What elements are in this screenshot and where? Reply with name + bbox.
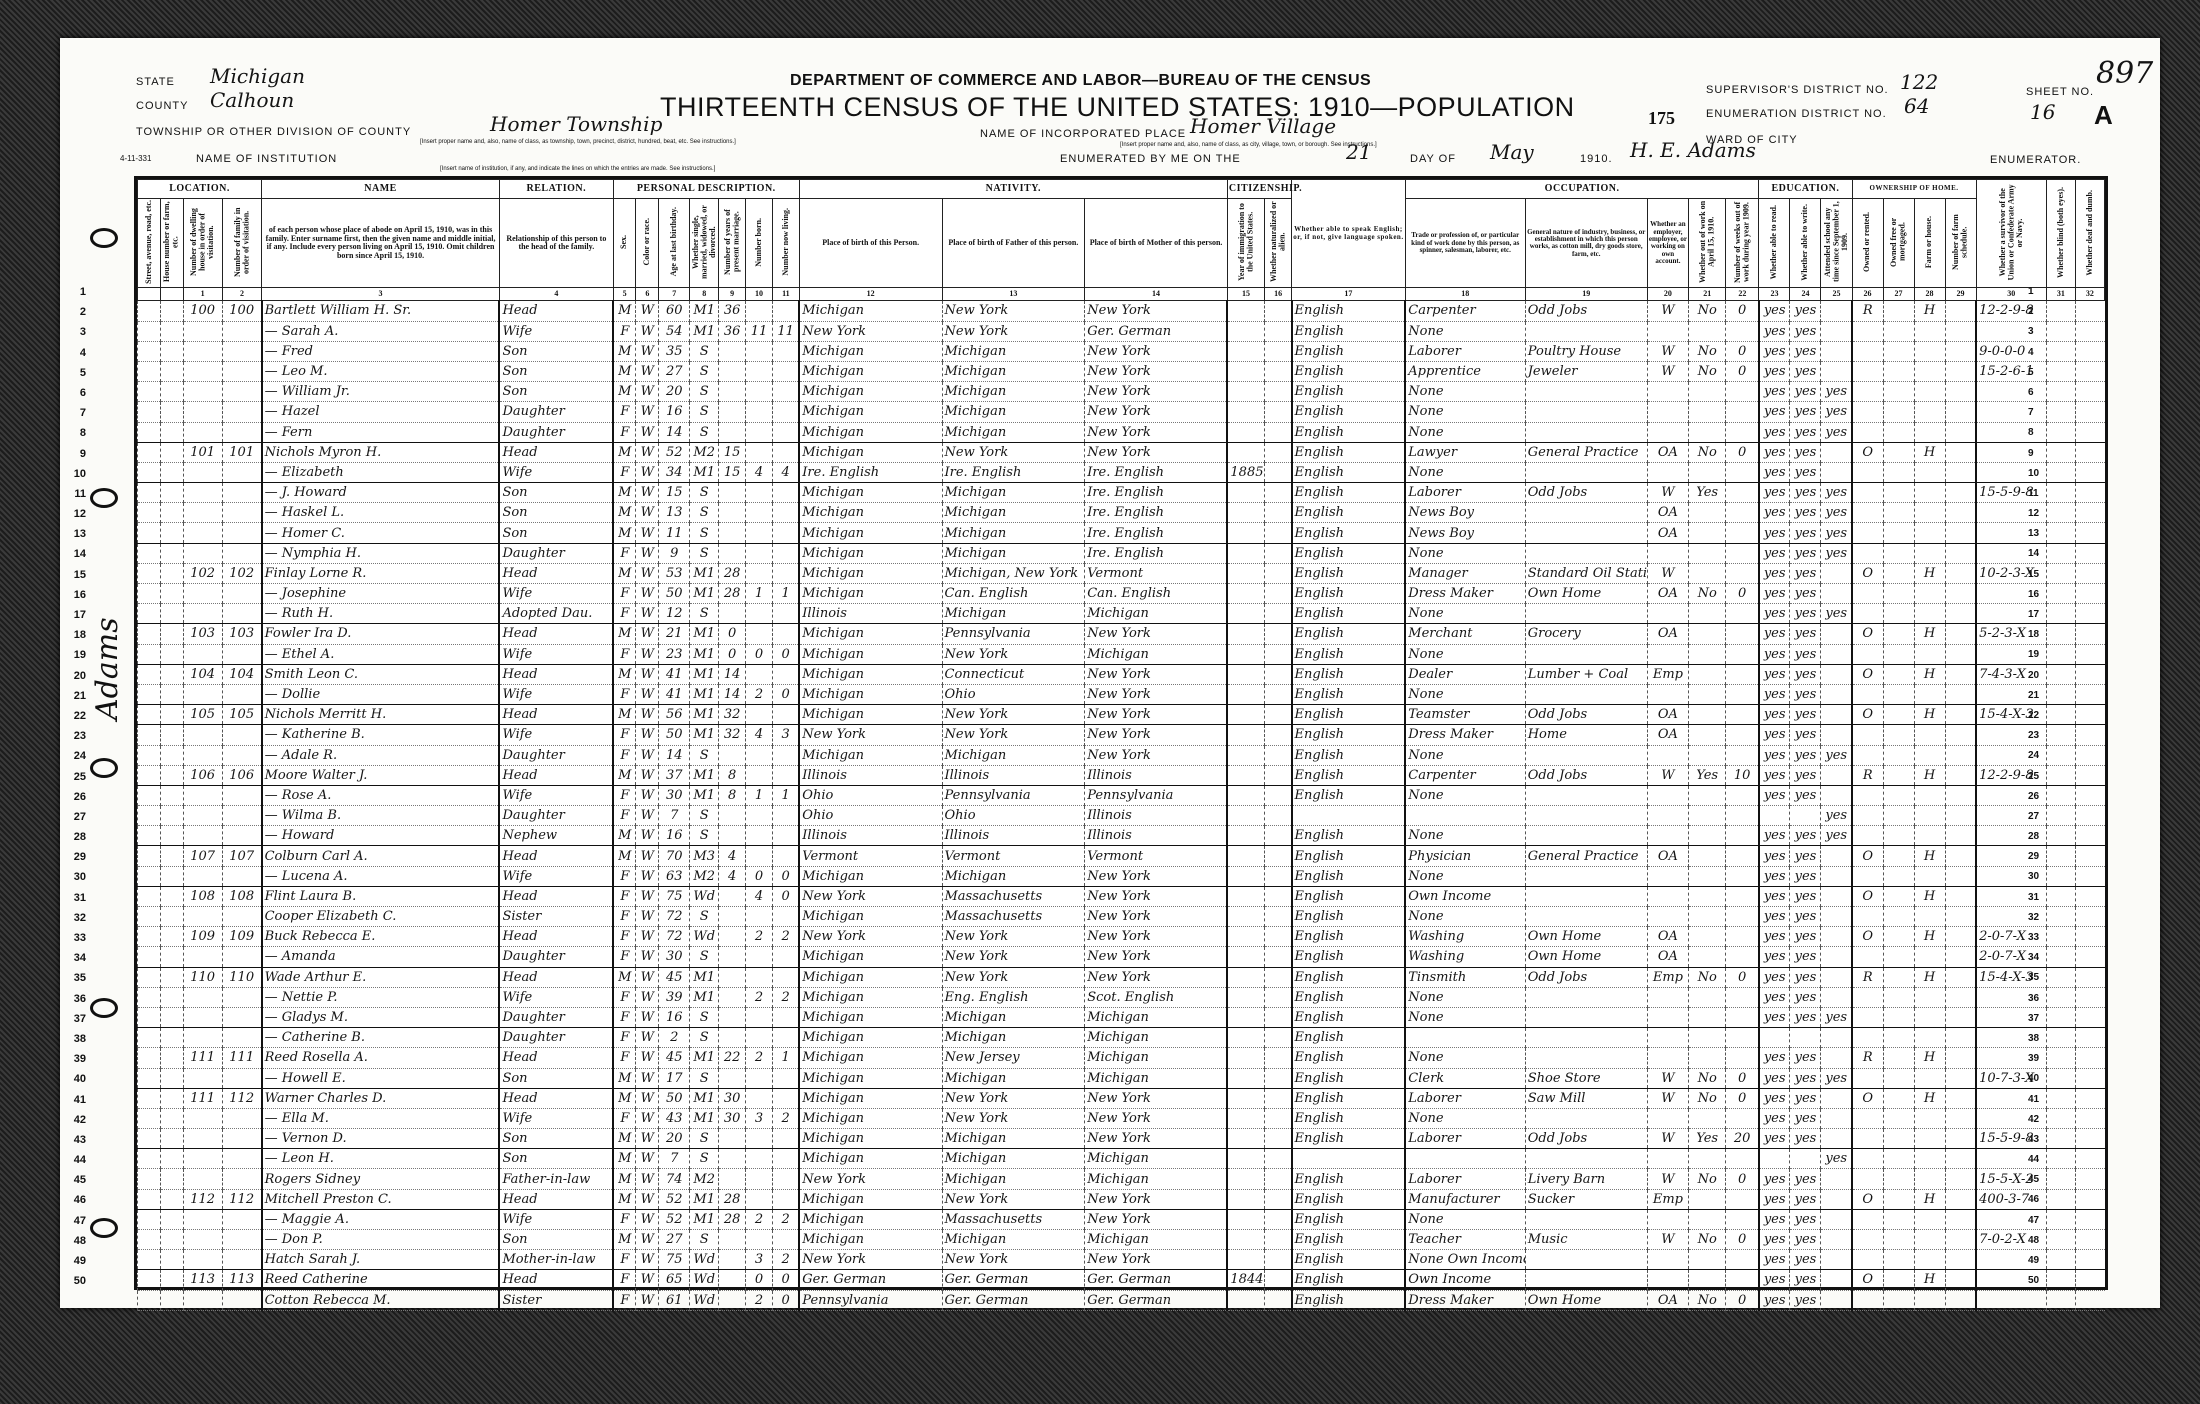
cell-name: Smith Leon C. [262, 664, 500, 684]
cell-bpm: New York [1085, 705, 1228, 725]
cell-bpf: Michigan [942, 1169, 1085, 1189]
cell-empty [2075, 422, 2104, 442]
cell-oow [1689, 1149, 1726, 1169]
cell-empty [1883, 1169, 1914, 1189]
cell-empty [160, 1209, 183, 1229]
cell-living: 2 [772, 927, 799, 947]
cell-sch: yes [1821, 483, 1852, 503]
cell-imm: 1885 [1227, 462, 1264, 482]
cell-cls: W [1647, 1129, 1688, 1149]
col-language-head: Whether able to speak English; or, if no… [1292, 180, 1406, 288]
cell-oow: Yes [1689, 1129, 1726, 1149]
cell-empty [1265, 1028, 1292, 1048]
column-number: 1 [183, 288, 222, 301]
line-number: 30 [58, 867, 86, 887]
cell-rd: yes [1759, 584, 1790, 604]
column-number: 32 [2075, 288, 2104, 301]
cell-sex: F [613, 1007, 636, 1027]
cell-bpm: New York [1085, 1088, 1228, 1108]
cell-empty [1265, 442, 1292, 462]
cell-bpf: Michigan [942, 1028, 1085, 1048]
cell-sch: yes [1821, 806, 1852, 826]
cell-empty [160, 1129, 183, 1149]
cell-age: 70 [659, 846, 690, 866]
col-sex: Sex. [620, 235, 628, 249]
cell-oow [1689, 785, 1726, 805]
cell-name: Nichols Merritt H. [262, 705, 500, 725]
cell-race: W [636, 624, 659, 644]
cell-rd: yes [1759, 442, 1790, 462]
cell-cls: OA [1647, 523, 1688, 543]
cell-sex: F [613, 866, 636, 886]
cell-lang: English [1292, 1230, 1406, 1250]
cell-wr [1790, 806, 1821, 826]
cell-wr: yes [1790, 785, 1821, 805]
cell-wr: yes [1790, 1290, 1821, 1310]
cell-ind: Poultry House [1525, 341, 1647, 361]
county-value: Calhoun [210, 88, 294, 112]
cell-age: 74 [659, 1169, 690, 1189]
cell-mar: S [690, 1149, 719, 1169]
cell-rd: yes [1759, 684, 1790, 704]
cell-oow [1689, 644, 1726, 664]
cell-wks [1726, 523, 1759, 543]
cell-age: 35 [659, 341, 690, 361]
cell-cls [1647, 987, 1688, 1007]
cell-rd: yes [1759, 745, 1790, 765]
column-number: 5 [613, 288, 636, 301]
cell-sch: yes [1821, 402, 1852, 422]
cell-sch [1821, 705, 1852, 725]
cell-mar: S [690, 1230, 719, 1250]
cell-ind [1525, 422, 1647, 442]
line-number: 46 [58, 1190, 86, 1210]
cell-yrs [719, 1007, 746, 1027]
cell-sex: M [613, 1149, 636, 1169]
cell-mar: Wd [690, 927, 719, 947]
cell-farm: H [1914, 442, 1945, 462]
cell-ind [1525, 866, 1647, 886]
cell-mar: S [690, 341, 719, 361]
column-number: 21 [1689, 288, 1726, 301]
cell-oow [1689, 1250, 1726, 1270]
cell-dw [183, 947, 222, 967]
cell-farm [1914, 402, 1945, 422]
cell-empty [2075, 1088, 2104, 1108]
cell-fam: 110 [222, 967, 261, 987]
cell-name: Warner Charles D. [262, 1088, 500, 1108]
cell-empty [2075, 846, 2104, 866]
cell-living: 0 [772, 1270, 799, 1290]
cell-cls [1647, 806, 1688, 826]
cell-wks: 10 [1726, 765, 1759, 785]
cell-sch [1821, 1169, 1852, 1189]
table-row: Rogers SidneyFather-in-lawMW74M2New York… [138, 1169, 2105, 1189]
cell-rel: Head [499, 563, 613, 583]
cell-bpf: Michigan [942, 361, 1085, 381]
line-numbers-right: 1234567891011121314151617181920212223242… [2028, 282, 2054, 1291]
cell-rel: Head [499, 846, 613, 866]
cell-empty [138, 684, 161, 704]
cell-empty [1945, 907, 1976, 927]
cell-yrs [719, 1068, 746, 1088]
line-number: 36 [58, 989, 86, 1009]
column-number: 6 [636, 288, 659, 301]
cell-bp: Michigan [799, 967, 942, 987]
line-number: 45 [2028, 1170, 2054, 1190]
cell-oow [1689, 604, 1726, 624]
line-number: 25 [2028, 767, 2054, 787]
cell-farm [1914, 462, 1945, 482]
cell-mar: S [690, 1007, 719, 1027]
table-row: 110110Wade Arthur E.HeadMW45M1MichiganNe… [138, 967, 2105, 987]
cell-mar: M1 [690, 584, 719, 604]
table-row: — Haskel L.SonMW13SMichiganMichiganIre. … [138, 503, 2105, 523]
cell-name: — Nettie P. [262, 987, 500, 1007]
cell-wks: 0 [1726, 967, 1759, 987]
cell-own [1852, 785, 1883, 805]
cell-oow [1689, 725, 1726, 745]
cell-empty [2075, 483, 2104, 503]
cell-wks [1726, 1108, 1759, 1128]
cell-yrs: 30 [719, 1088, 746, 1108]
column-number: 13 [942, 288, 1085, 301]
column-number: 10 [746, 288, 773, 301]
cell-empty [1945, 321, 1976, 341]
line-number: 32 [58, 908, 86, 928]
cell-yrs: 28 [719, 563, 746, 583]
cell-age: 27 [659, 361, 690, 381]
cell-wr: yes [1790, 886, 1821, 906]
cell-trade: None [1405, 422, 1525, 442]
column-number: 17 [1292, 288, 1406, 301]
cell-living [772, 604, 799, 624]
cell-trade: Merchant [1405, 624, 1525, 644]
line-number: 36 [2028, 989, 2054, 1009]
cell-empty [160, 563, 183, 583]
line-number: 2 [58, 302, 86, 322]
line-number: 29 [58, 847, 86, 867]
line-number: 33 [58, 928, 86, 948]
cell-rd: yes [1759, 1189, 1790, 1209]
cell-farm [1914, 321, 1945, 341]
cell-sex: F [613, 684, 636, 704]
cell-ind: Lumber + Coal [1525, 664, 1647, 684]
cell-lang: English [1292, 987, 1406, 1007]
cell-farm: H [1914, 967, 1945, 987]
cell-wr: yes [1790, 664, 1821, 684]
cell-empty [2075, 745, 2104, 765]
cell-born: 2 [746, 1290, 773, 1310]
cell-yrs [719, 1149, 746, 1169]
cell-lang: English [1292, 361, 1406, 381]
cell-name: Cotton Rebecca M. [262, 1290, 500, 1310]
cell-empty [1265, 321, 1292, 341]
cell-bp: Michigan [799, 341, 942, 361]
cell-rd: yes [1759, 341, 1790, 361]
line-number: 2 [2028, 302, 2054, 322]
incorporated-place-label: NAME OF INCORPORATED PLACE [980, 128, 1186, 140]
form-number: 175 [1648, 108, 1675, 129]
cell-imm [1227, 1088, 1264, 1108]
cell-name: Reed Rosella A. [262, 1048, 500, 1068]
cell-lang: English [1292, 563, 1406, 583]
cell-yrs: 15 [719, 442, 746, 462]
cell-oow: No [1689, 341, 1726, 361]
table-row: Cooper Elizabeth C.SisterFW72SMichiganMa… [138, 907, 2105, 927]
cell-age: 45 [659, 967, 690, 987]
cell-own [1852, 462, 1883, 482]
cell-empty [1945, 967, 1976, 987]
line-number: 38 [2028, 1029, 2054, 1049]
cell-own [1852, 382, 1883, 402]
cell-own: O [1852, 1189, 1883, 1209]
line-number: 44 [58, 1150, 86, 1170]
cell-sex: M [613, 563, 636, 583]
cell-imm [1227, 402, 1264, 422]
cell-wr: yes [1790, 1048, 1821, 1068]
cell-imm [1227, 886, 1264, 906]
cell-race: W [636, 523, 659, 543]
table-row: 103103Fowler Ira D.HeadMW21M10MichiganPe… [138, 624, 2105, 644]
cell-empty [1265, 1149, 1292, 1169]
cell-fam [222, 1149, 261, 1169]
group-education: EDUCATION. [1759, 180, 1852, 199]
cell-name: — Nymphia H. [262, 543, 500, 563]
cell-fam: 112 [222, 1088, 261, 1108]
cell-ind [1525, 402, 1647, 422]
line-number: 17 [58, 605, 86, 625]
cell-sex: M [613, 826, 636, 846]
line-number: 22 [2028, 706, 2054, 726]
cell-born [746, 624, 773, 644]
cell-empty [1945, 483, 1976, 503]
cell-age: 2 [659, 1028, 690, 1048]
cell-empty [2075, 785, 2104, 805]
line-number: 23 [58, 726, 86, 746]
cell-living [772, 1189, 799, 1209]
cell-empty [1265, 382, 1292, 402]
cell-sex: M [613, 846, 636, 866]
cell-bpf: Vermont [942, 846, 1085, 866]
column-number: 24 [1790, 288, 1821, 301]
cell-rel: Head [499, 927, 613, 947]
cell-imm [1227, 1048, 1264, 1068]
col-name-desc: of each person whose place of abode on A… [262, 199, 500, 288]
cell-name: — Don P. [262, 1230, 500, 1250]
cell-bpm: Michigan [1085, 1230, 1228, 1250]
cell-empty [2075, 462, 2104, 482]
cell-empty [1265, 361, 1292, 381]
cell-race: W [636, 1290, 659, 1310]
cell-race: W [636, 947, 659, 967]
cell-ind: Odd Jobs [1525, 301, 1647, 321]
cell-rel: Wife [499, 866, 613, 886]
line-number: 44 [2028, 1150, 2054, 1170]
cell-own [1852, 1209, 1883, 1229]
cell-empty [160, 806, 183, 826]
cell-farm [1914, 806, 1945, 826]
cell-farm [1914, 584, 1945, 604]
cell-ind: Jeweler [1525, 361, 1647, 381]
cell-rel: Mother-in-law [499, 1250, 613, 1270]
township-note: [Insert proper name and, also, name of c… [420, 139, 980, 145]
cell-empty [1883, 1230, 1914, 1250]
cell-lang: English [1292, 604, 1406, 624]
cell-born [746, 826, 773, 846]
cell-rd [1759, 806, 1790, 826]
cell-wr: yes [1790, 584, 1821, 604]
cell-yrs [719, 361, 746, 381]
cell-cls [1647, 684, 1688, 704]
line-number: 13 [2028, 524, 2054, 544]
cell-trade: None [1405, 321, 1525, 341]
cell-race: W [636, 846, 659, 866]
group-ownership: OWNERSHIP OF HOME. [1852, 180, 1976, 199]
binder-hole-icon [90, 1218, 118, 1238]
cell-sex: F [613, 1270, 636, 1290]
cell-bp: Michigan [799, 503, 942, 523]
cell-bp: Michigan [799, 523, 942, 543]
cell-race: W [636, 745, 659, 765]
table-row: 112112Mitchell Preston C.HeadMW52M128Mic… [138, 1189, 2105, 1209]
cell-oow: Yes [1689, 765, 1726, 785]
cell-mar: M2 [690, 1169, 719, 1189]
cell-dw [183, 604, 222, 624]
cell-bpf: Illinois [942, 826, 1085, 846]
cell-wks [1726, 745, 1759, 765]
cell-bpf: Michigan [942, 1230, 1085, 1250]
cell-fam [222, 584, 261, 604]
cell-trade: Carpenter [1405, 765, 1525, 785]
cell-bp: Vermont [799, 846, 942, 866]
cell-age: 15 [659, 483, 690, 503]
table-row: — JosephineWifeFW50M12811MichiganCan. En… [138, 584, 2105, 604]
cell-empty [1883, 866, 1914, 886]
cell-bpf: Massachusetts [942, 1209, 1085, 1229]
cell-imm [1227, 846, 1264, 866]
cell-sex: F [613, 321, 636, 341]
cell-sex: M [613, 1189, 636, 1209]
cell-empty [160, 361, 183, 381]
cell-sch [1821, 361, 1852, 381]
column-number: 22 [1726, 288, 1759, 301]
cell-wks [1726, 664, 1759, 684]
cell-bpf: Michigan [942, 1068, 1085, 1088]
cell-ind [1525, 806, 1647, 826]
cell-name: Moore Walter J. [262, 765, 500, 785]
line-number: 7 [58, 403, 86, 423]
line-number: 50 [2028, 1271, 2054, 1291]
cell-imm [1227, 725, 1264, 745]
cell-bpf: Ger. German [942, 1270, 1085, 1290]
cell-yrs: 30 [719, 1108, 746, 1128]
cell-rd: yes [1759, 1129, 1790, 1149]
cell-empty [138, 1290, 161, 1310]
cell-born: 4 [746, 725, 773, 745]
cell-empty [160, 604, 183, 624]
cell-born [746, 846, 773, 866]
cell-oow: Yes [1689, 483, 1726, 503]
cell-name: — William Jr. [262, 382, 500, 402]
cell-farm [1914, 361, 1945, 381]
cell-imm [1227, 1189, 1264, 1209]
line-number: 42 [2028, 1110, 2054, 1130]
cell-empty [138, 442, 161, 462]
cell-sch [1821, 866, 1852, 886]
cell-rd: yes [1759, 664, 1790, 684]
cell-living: 2 [772, 1209, 799, 1229]
line-number: 46 [2028, 1190, 2054, 1210]
cell-empty [138, 341, 161, 361]
cell-sch [1821, 563, 1852, 583]
cell-name: — Dollie [262, 684, 500, 704]
cell-yrs: 8 [719, 785, 746, 805]
cell-imm [1227, 664, 1264, 684]
cell-empty [138, 705, 161, 725]
line-number: 11 [58, 484, 86, 504]
cell-race: W [636, 503, 659, 523]
cell-rel: Sister [499, 907, 613, 927]
cell-empty [1883, 1129, 1914, 1149]
group-name: NAME [262, 180, 500, 199]
column-number: 9 [719, 288, 746, 301]
cell-mar: M1 [690, 785, 719, 805]
cell-empty [1265, 1290, 1292, 1310]
cell-bp: New York [799, 1250, 942, 1270]
cell-empty [1265, 1209, 1292, 1229]
cell-race: W [636, 321, 659, 341]
cell-bp: Illinois [799, 765, 942, 785]
cell-mar: M1 [690, 987, 719, 1007]
table-row: — Katherine B.WifeFW50M13243New YorkNew … [138, 725, 2105, 745]
cell-empty [1883, 745, 1914, 765]
cell-name: Nichols Myron H. [262, 442, 500, 462]
line-number: 3 [58, 322, 86, 342]
cell-oow [1689, 1028, 1726, 1048]
cell-empty [138, 745, 161, 765]
cell-empty [1883, 301, 1914, 321]
cell-imm [1227, 644, 1264, 664]
cell-ind: Own Home [1525, 1290, 1647, 1310]
cell-dw: 105 [183, 705, 222, 725]
cell-farm: H [1914, 846, 1945, 866]
cell-empty [1945, 1129, 1976, 1149]
col-weeks-out: Number of weeks out of work during year … [1734, 200, 1751, 284]
cell-farm [1914, 523, 1945, 543]
cell-imm [1227, 947, 1264, 967]
cell-empty [2075, 361, 2104, 381]
cell-name: — Hazel [262, 402, 500, 422]
cell-sex: F [613, 907, 636, 927]
cell-farm [1914, 1169, 1945, 1189]
cell-empty [1265, 745, 1292, 765]
cell-empty [1265, 1230, 1292, 1250]
cell-bpf: Michigan [942, 604, 1085, 624]
cell-wks: 20 [1726, 1129, 1759, 1149]
cell-trade: None [1405, 1048, 1525, 1068]
cell-rel: Head [499, 442, 613, 462]
cell-bpm: Illinois [1085, 806, 1228, 826]
cell-bpf: Eng. English [942, 987, 1085, 1007]
cell-mar: S [690, 543, 719, 563]
cell-empty [1945, 422, 1976, 442]
cell-bp: Pennsylvania [799, 1290, 942, 1310]
cell-trade: None [1405, 684, 1525, 704]
cell-farm [1914, 725, 1945, 745]
line-number: 5 [58, 363, 86, 383]
cell-cls: W [1647, 765, 1688, 785]
